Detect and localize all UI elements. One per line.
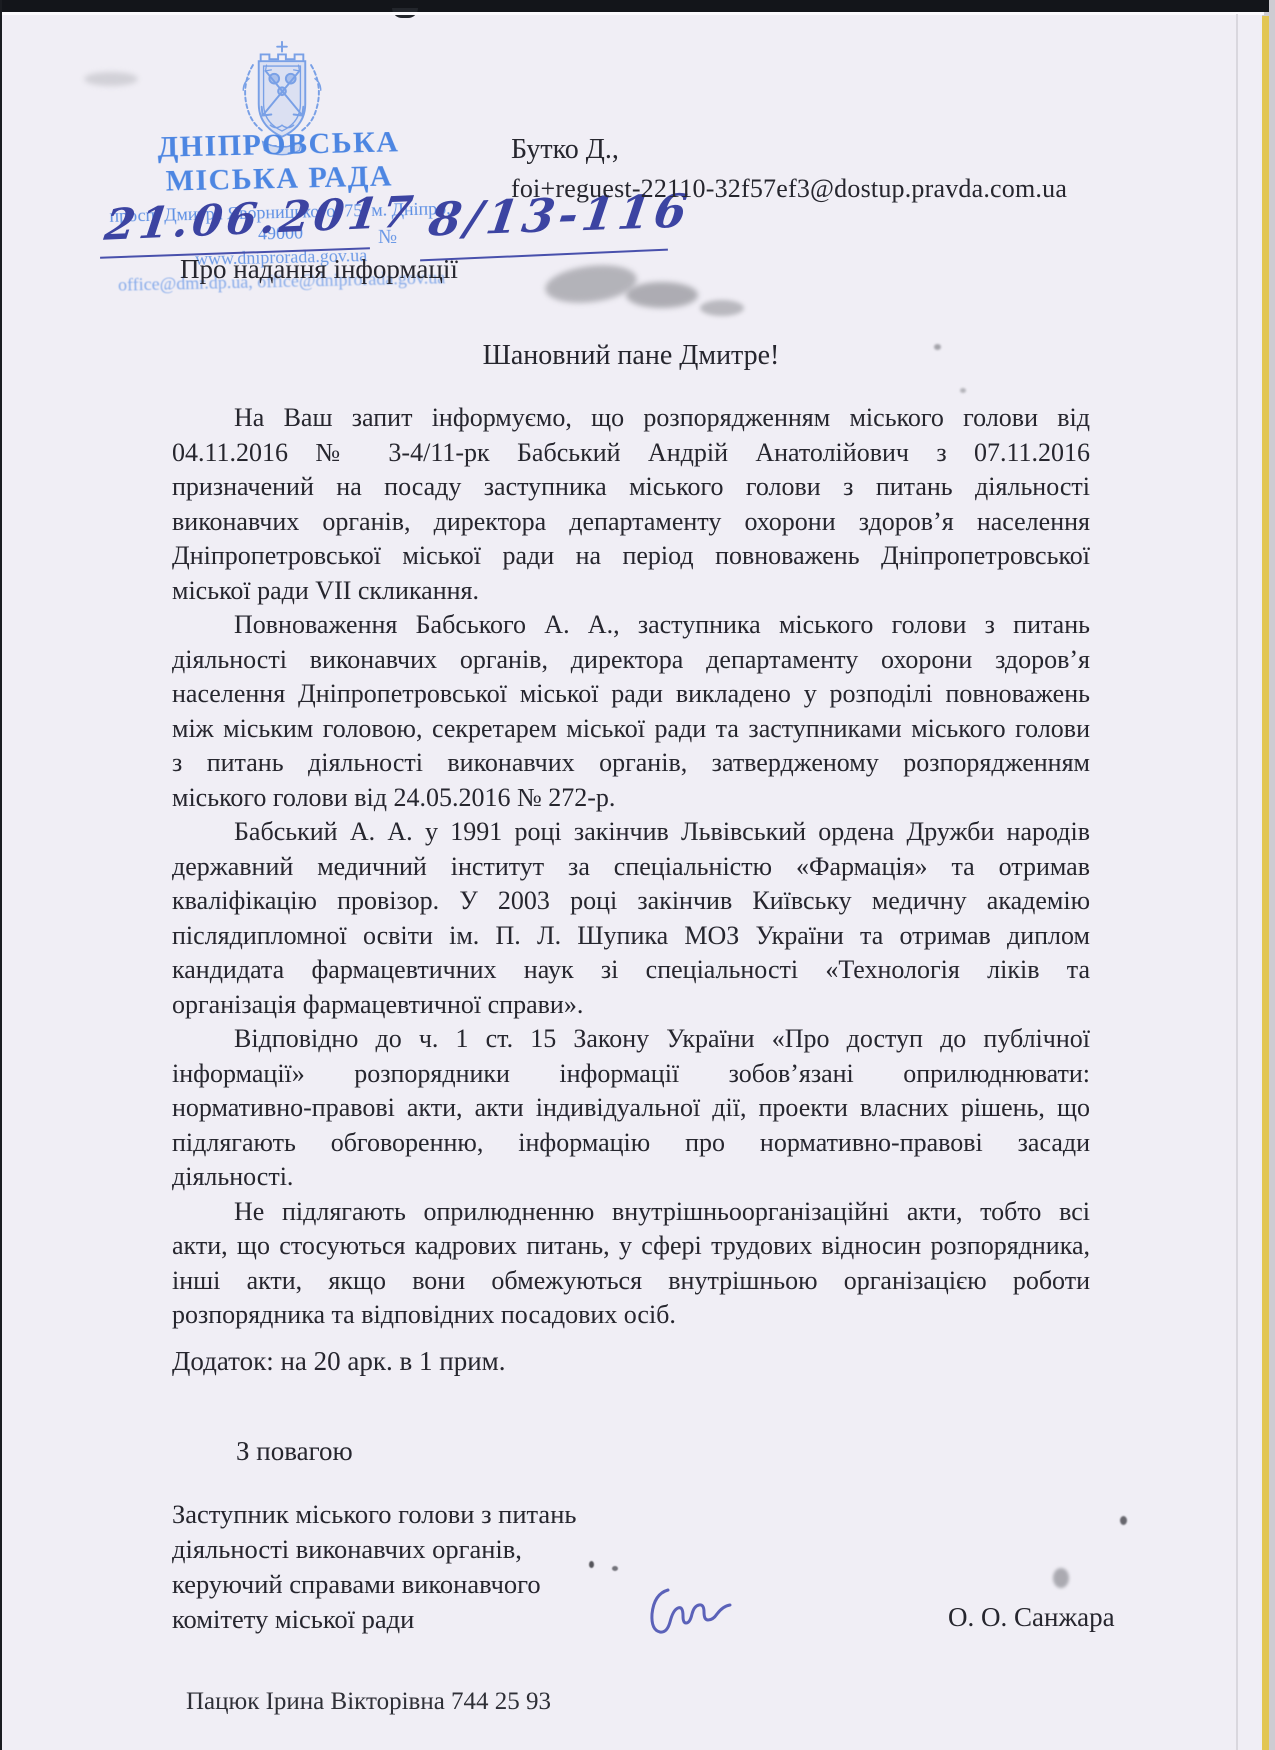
scan-speck (589, 1561, 594, 1568)
scan-speck (934, 344, 941, 350)
salutation: Шановний пане Дмитре! (172, 340, 1090, 372)
valediction: З повагою (236, 1436, 353, 1467)
scan-edge-right (1269, 0, 1275, 1750)
text-line: Заступник міського голови з питань (172, 1497, 692, 1532)
scan-edge-left (0, 0, 2, 1750)
text-line: організація фармацевтичної справи». (172, 988, 1090, 1023)
text-line: 04.11.2016 № 3-4/11-рк Бабський Андрій А… (172, 436, 1090, 471)
scan-smudge (700, 300, 744, 316)
text-line: призначений на посаду заступника міськог… (172, 470, 1090, 505)
text-line: Дніпропетровської міської ради на період… (172, 539, 1090, 574)
body-paragraph: Відповідно до ч. 1 ст. 15 Закону України… (172, 1022, 1090, 1195)
text-line: інші акти, якщо вони обмежуються внутріш… (172, 1264, 1090, 1299)
text-line: міського голови від 24.05.2016 № 272-р. (172, 781, 1090, 816)
number-sign-label: № (378, 226, 397, 249)
signer-name: О. О. Санжара (948, 1602, 1115, 1633)
recipient-name: Бутко Д., (511, 134, 1067, 166)
body-paragraph: Не підлягають оприлюдненню внутрішньоорг… (172, 1195, 1090, 1333)
recipient-block: Бутко Д., foi+reguest-22110-32f57ef3@dos… (511, 134, 1067, 204)
text-line: Не підлягають оприлюдненню внутрішньоорг… (172, 1195, 1090, 1230)
scan-smudge (626, 282, 698, 308)
text-line: На Ваш запит інформуємо, що розпорядженн… (172, 401, 1090, 436)
text-line: розпорядника та відповідних посадових ос… (172, 1298, 1090, 1333)
scan-edge-highlight (2, 12, 1264, 15)
text-line: між міським головою, секретарем міської … (172, 712, 1090, 747)
text-line: кандидата фармацевтичних наук зі спеціал… (172, 953, 1090, 988)
text-line: підлягають обговоренню, інформацію про н… (172, 1126, 1090, 1161)
letter-body: На Ваш запит інформуємо, що розпорядженн… (172, 401, 1090, 1333)
attachment-note: Додаток: на 20 арк. в 1 прим. (172, 1346, 506, 1377)
scan-smudge (84, 72, 138, 86)
text-line: Бабський А. А. у 1991 році закінчив Льві… (172, 815, 1090, 850)
text-line: кваліфікацію провізор. У 2003 році закін… (172, 884, 1090, 919)
footer-contact: Пацюк Ірина Вікторівна 744 25 93 (186, 1688, 551, 1716)
text-line: з питань діяльності виконавчих органів, … (172, 746, 1090, 781)
text-line: виконавчих органів, директора департамен… (172, 505, 1090, 540)
text-line: Відповідно до ч. 1 ст. 15 Закону України… (172, 1022, 1090, 1057)
text-line: діяльності. (172, 1160, 1090, 1195)
text-line: міської ради VII скликання. (172, 574, 1090, 609)
text-line: акти, що стосуються кадрових питань, у с… (172, 1229, 1090, 1264)
scan-speck (960, 388, 966, 393)
text-line: комітету міської ради (172, 1602, 692, 1637)
paper-fold-line (1236, 14, 1238, 1750)
scanned-letter-page: { "document": { "letterhead": { "emblem"… (0, 0, 1275, 1750)
body-paragraph: На Ваш запит інформуємо, що розпорядженн… (172, 401, 1090, 608)
scan-speck (612, 1566, 618, 1571)
text-line: нормативно-правові акти, акти індивідуал… (172, 1091, 1090, 1126)
body-paragraph: Повноваження Бабського А. А., заступника… (172, 608, 1090, 815)
text-line: Повноваження Бабського А. А., заступника… (172, 608, 1090, 643)
scan-edge-yellow-strip (1262, 16, 1269, 1750)
text-line: діяльності виконавчих органів, директора… (172, 643, 1090, 678)
scan-speck (1120, 1516, 1127, 1525)
text-line: післядипломної освіти ім. П. Л. Шупика М… (172, 919, 1090, 954)
scan-speck (1053, 1568, 1069, 1588)
text-line: державний медичний інститут за спеціальн… (172, 850, 1090, 885)
subject-line: Про надання інформації (180, 254, 458, 285)
text-line: керуючий справами виконавчого (172, 1567, 692, 1602)
text-line: інформації» розпорядники інформації зобо… (172, 1057, 1090, 1092)
body-paragraph: Бабський А. А. у 1991 році закінчив Льві… (172, 815, 1090, 1022)
recipient-email: foi+reguest-22110-32f57ef3@dostup.pravda… (511, 174, 1067, 204)
scan-edge-top (0, 0, 1275, 12)
text-line: населення Дніпропетровської міської ради… (172, 677, 1090, 712)
handwritten-signature-icon (640, 1576, 750, 1640)
text-line: діяльності виконавчих органів, (172, 1532, 692, 1567)
